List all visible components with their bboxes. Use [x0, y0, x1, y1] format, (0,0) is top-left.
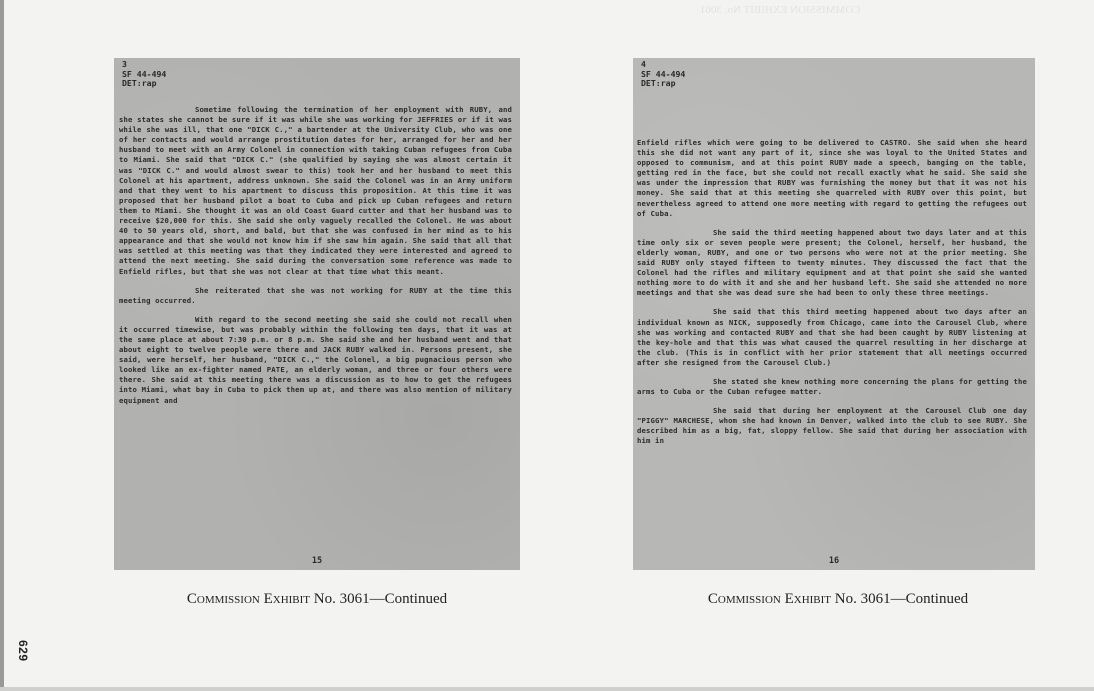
bleed-through-text: COMMISSION EXHIBIT No. 3061 [700, 4, 861, 16]
header-initials: DET:rap [122, 79, 166, 89]
caption-suffix: No. 3061—Continued [835, 591, 968, 607]
body-paragraph: She said that during her employment at t… [637, 406, 1027, 446]
page-body: Enfield rifles which were going to be de… [637, 138, 1027, 456]
body-paragraph: She said the third meeting happened abou… [637, 228, 1027, 299]
paragraph-text: She stated she knew nothing more concern… [637, 377, 1027, 396]
body-paragraph: Sometime following the termination of he… [119, 105, 512, 277]
document-page-right: 4 SF 44-494 DET:rap Enfield rifles which… [633, 58, 1035, 570]
page-header: 4 SF 44-494 DET:rap [641, 60, 685, 89]
body-paragraph: Enfield rifles which were going to be de… [637, 138, 1027, 219]
document-page-left: 3 SF 44-494 DET:rap Sometime following t… [114, 58, 520, 570]
page-body: Sometime following the termination of he… [119, 105, 512, 415]
paragraph-text: She said the third meeting happened abou… [637, 228, 1027, 298]
caption-suffix: No. 3061—Continued [314, 591, 447, 607]
paragraph-text: With regard to the second meeting she sa… [119, 315, 512, 405]
page-number: 15 [114, 556, 520, 566]
page-header: 3 SF 44-494 DET:rap [122, 60, 166, 89]
paragraph-text: Enfield rifles which were going to be de… [637, 138, 1027, 218]
body-paragraph: With regard to the second meeting she sa… [119, 315, 512, 406]
body-paragraph: She stated she knew nothing more concern… [637, 377, 1027, 397]
exhibit-caption-left: Commission Exhibit No. 3061—Continued [167, 591, 467, 608]
page-bottom-edge [0, 687, 1094, 691]
paragraph-text: She said that this third meeting happene… [637, 307, 1027, 366]
paragraph-text: She reiterated that she was not working … [119, 286, 512, 305]
page-number: 16 [633, 556, 1035, 566]
margin-page-number: 629 [16, 640, 30, 662]
book-spine-edge [0, 0, 4, 691]
caption-prefix: Commission Exhibit [187, 591, 310, 607]
paragraph-text: Sometime following the termination of he… [119, 105, 512, 276]
exhibit-caption-right: Commission Exhibit No. 3061—Continued [688, 591, 988, 608]
paragraph-text: She said that during her employment at t… [637, 406, 1027, 445]
body-paragraph: She reiterated that she was not working … [119, 286, 512, 306]
caption-prefix: Commission Exhibit [708, 591, 831, 607]
body-paragraph: She said that this third meeting happene… [637, 307, 1027, 368]
header-initials: DET:rap [641, 79, 685, 89]
